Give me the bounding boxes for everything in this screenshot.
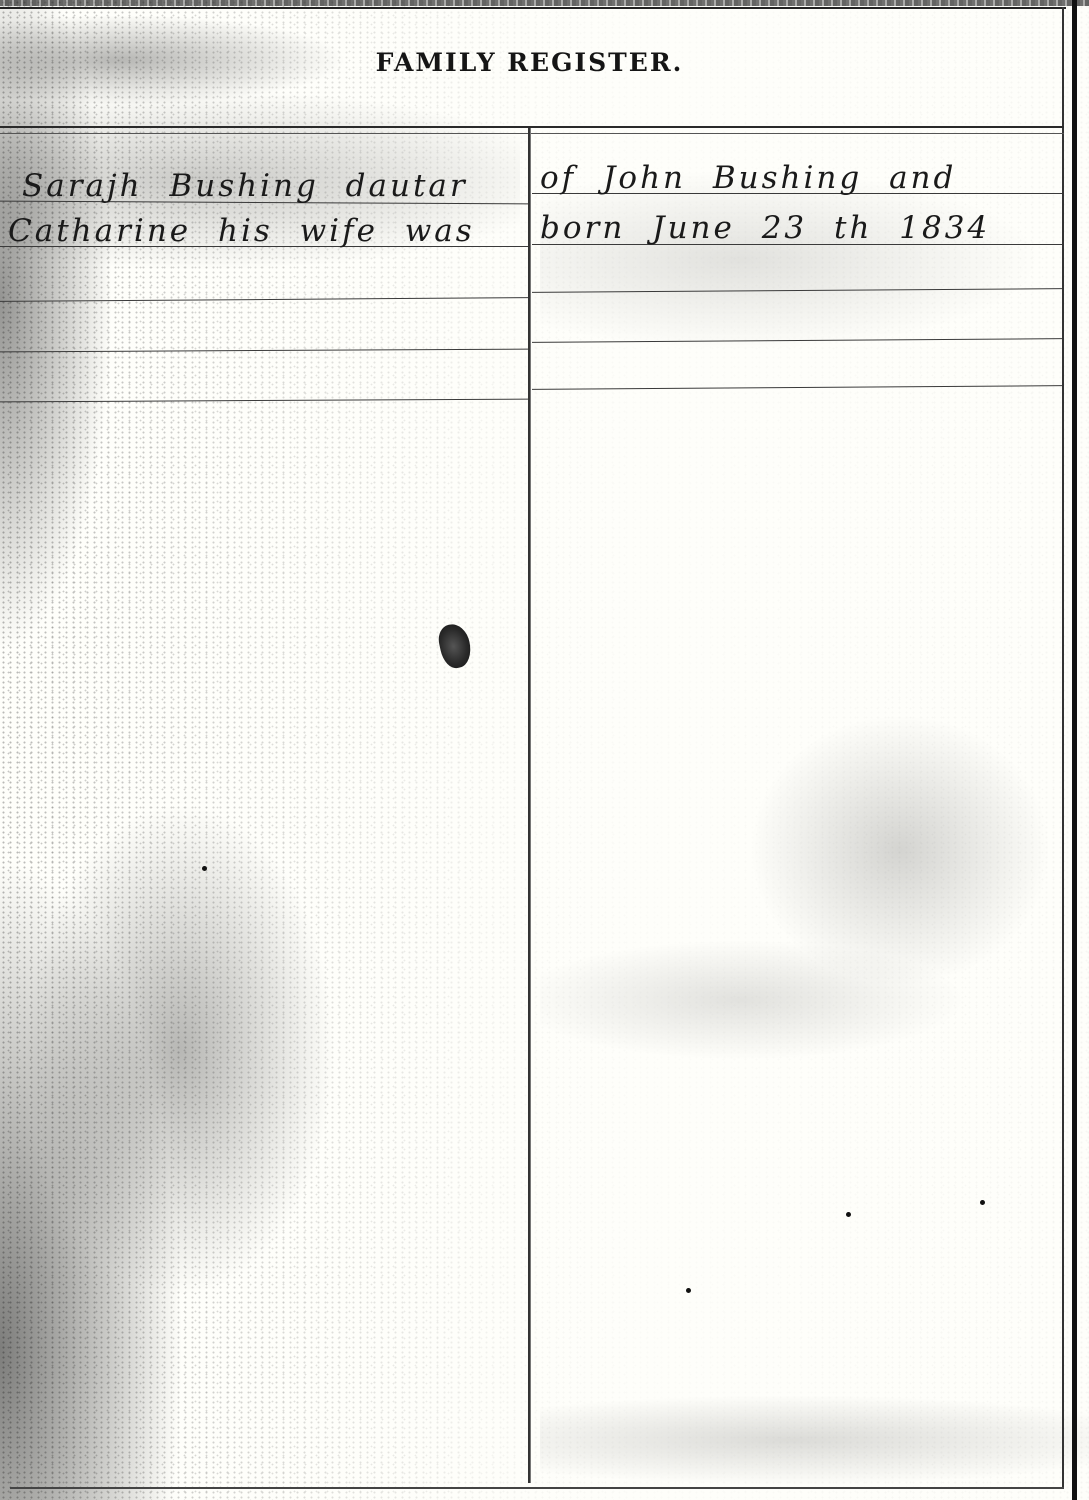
top-border-rule (0, 7, 1066, 9)
bottom-border-rule (10, 1487, 1064, 1489)
title-underline (0, 126, 1064, 128)
entry-right-line-1: of John Bushing and (540, 160, 956, 196)
page-title: FAMILY REGISTER. (0, 48, 1089, 77)
left-ruled-line-4 (0, 349, 528, 353)
entry-right-line-2: born June 23 th 1834 (540, 210, 990, 246)
ink-speck (686, 1288, 691, 1293)
entry-left-line-1: Sarajh Bushing dautar (22, 168, 468, 204)
ink-speck (202, 866, 207, 871)
column-divider (528, 128, 531, 1483)
ink-blot (436, 621, 474, 670)
title-underline-thin (0, 133, 1064, 134)
ink-speck (980, 1200, 985, 1205)
right-border-rule (1062, 7, 1064, 1487)
page-right-edge (1072, 0, 1077, 1500)
right-ruled-line-5 (532, 385, 1062, 390)
left-ruled-line-5 (0, 399, 528, 403)
ink-speck (846, 1212, 851, 1217)
top-edge (0, 0, 1089, 6)
right-ruled-line-3 (532, 288, 1062, 293)
right-ruled-line-4 (532, 338, 1062, 343)
register-page: FAMILY REGISTER. Sarajh Bushing dautar C… (0, 0, 1089, 1500)
entry-left-line-2: Catharine his wife was (8, 213, 475, 249)
left-ruled-line-3 (0, 297, 528, 302)
